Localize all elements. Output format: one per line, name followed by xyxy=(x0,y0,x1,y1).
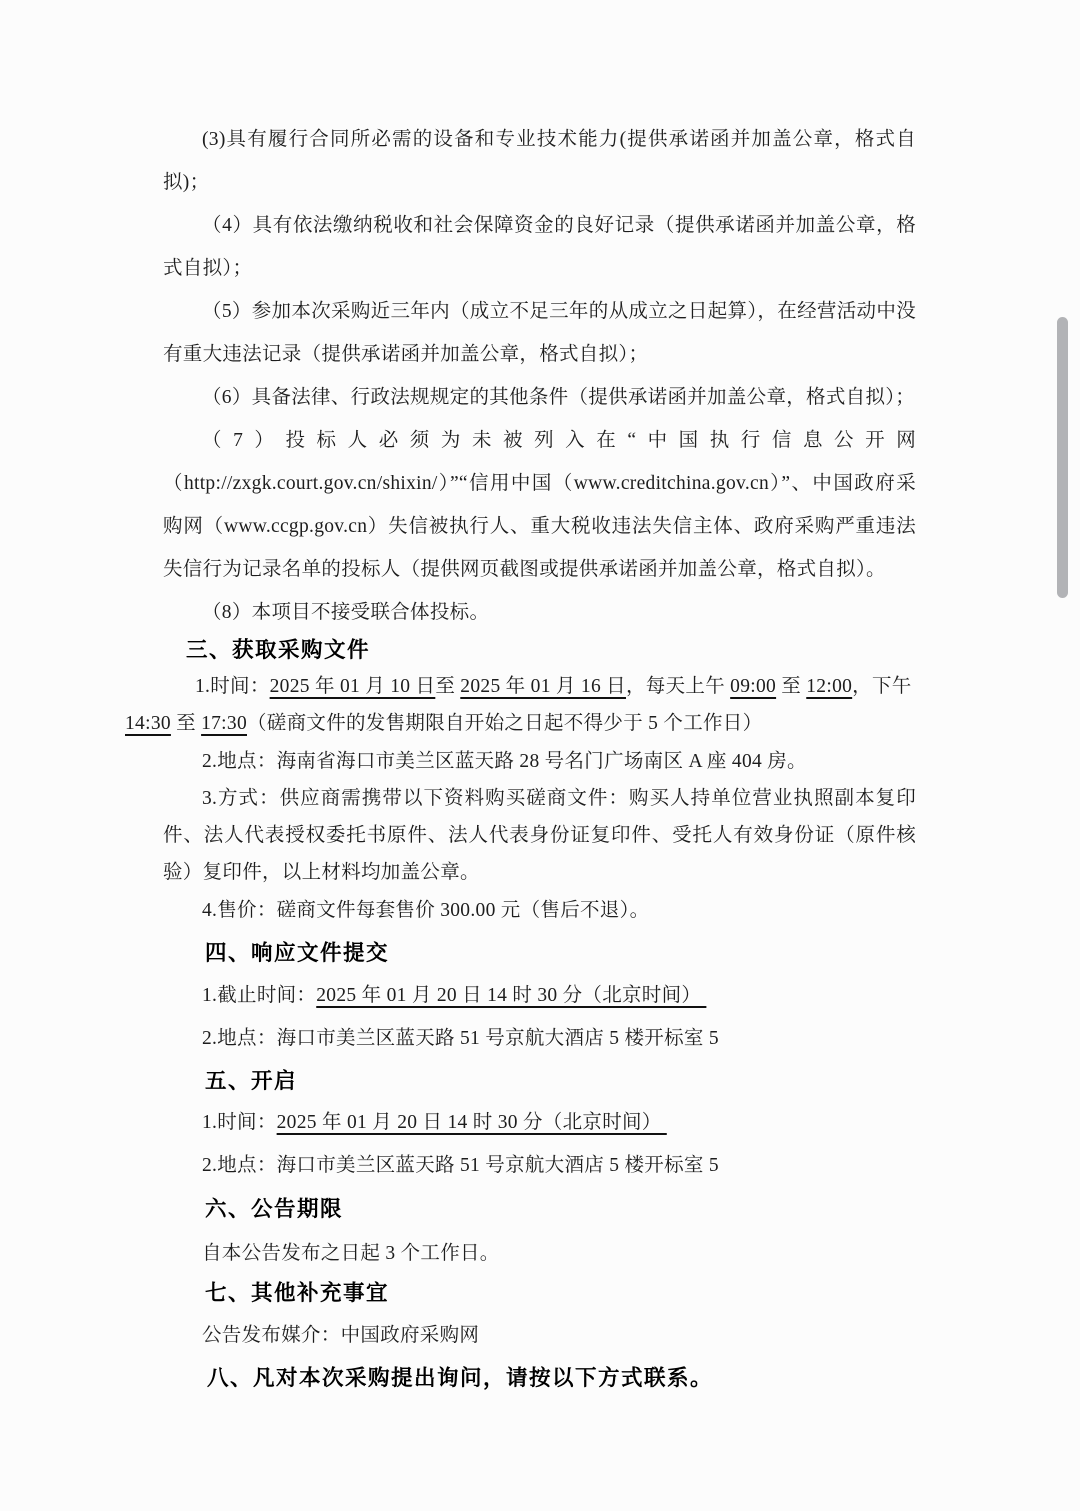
section-obtain-documents: 1.时间：2025 年 01 月 10 日至 2025 年 01 月 16 日，… xyxy=(163,668,916,929)
obtain-location: 2.地点：海南省海口市美兰区蓝天路 28 号名门广场南区 A 座 404 房。 xyxy=(163,743,916,780)
submission-location: 2.地点：海口市美兰区蓝天路 51 号京航大酒店 5 楼开标室 5 xyxy=(163,1020,916,1058)
section-other-matters: 公告发布媒介：中国政府采购网 xyxy=(163,1317,916,1355)
section-heading-announcement-period: 六、公告期限 xyxy=(205,1194,916,1224)
obtain-time-line-2: 14:30 至 17:30（磋商文件的发售期限自开始之日起不得少于 5 个工作日… xyxy=(125,705,916,742)
submission-deadline: 1.截止时间：2025 年 01 月 20 日 14 时 30 分（北京时间） xyxy=(163,977,916,1015)
vertical-scrollbar-thumb[interactable] xyxy=(1057,317,1068,598)
announcement-period-text: 自本公告发布之日起 3 个工作日。 xyxy=(163,1235,916,1273)
obtain-price: 4.售价：磋商文件每套售价 300.00 元（售后不退）。 xyxy=(163,892,916,929)
opening-location: 2.地点：海口市美兰区蓝天路 51 号京航大酒店 5 楼开标室 5 xyxy=(163,1147,916,1185)
section-heading-obtain-documents: 三、获取采购文件 xyxy=(186,635,916,665)
section-opening: 1.时间：2025 年 01 月 20 日 14 时 30 分（北京时间） 2.… xyxy=(163,1104,916,1185)
paragraph-qualification-4: （4）具有依法缴纳税收和社会保障资金的良好记录（提供承诺函并加盖公章，格式自拟）… xyxy=(163,204,916,290)
paragraph-qualification-5: （5）参加本次采购近三年内（成立不足三年的从成立之日起算），在经营活动中没有重大… xyxy=(163,290,916,376)
paragraph-qualification-8: （8）本项目不接受联合体投标。 xyxy=(163,591,916,634)
opening-time: 1.时间：2025 年 01 月 20 日 14 时 30 分（北京时间） xyxy=(163,1104,916,1142)
document-page: (3)具有履行合同所必需的设备和专业技术能力(提供承诺函并加盖公章，格式自拟)；… xyxy=(0,0,1080,1511)
section-response-submission: 1.截止时间：2025 年 01 月 20 日 14 时 30 分（北京时间） … xyxy=(163,977,916,1058)
announcement-body: (3)具有履行合同所必需的设备和专业技术能力(提供承诺函并加盖公章，格式自拟)；… xyxy=(163,118,916,1393)
paragraph-qualification-3: (3)具有履行合同所必需的设备和专业技术能力(提供承诺函并加盖公章，格式自拟)； xyxy=(163,118,916,204)
qualification-paragraphs: (3)具有履行合同所必需的设备和专业技术能力(提供承诺函并加盖公章，格式自拟)；… xyxy=(163,118,916,634)
section-heading-response-submission: 四、响应文件提交 xyxy=(205,938,916,968)
section-heading-contact: 八、凡对本次采购提出询问，请按以下方式联系。 xyxy=(207,1363,916,1393)
section-heading-opening: 五、开启 xyxy=(205,1066,916,1096)
obtain-method: 3.方式：供应商需携带以下资料购买磋商文件：购买人持单位营业执照副本复印件、法人… xyxy=(163,780,916,891)
section-heading-other-matters: 七、其他补充事宜 xyxy=(205,1278,916,1308)
section-announcement-period: 自本公告发布之日起 3 个工作日。 xyxy=(163,1235,916,1273)
paragraph-qualification-7: （7）投标人必须为未被列入在“中国执行信息公开网（http://zxgk.cou… xyxy=(163,419,916,591)
paragraph-qualification-6: （6）具备法律、行政法规规定的其他条件（提供承诺函并加盖公章，格式自拟）； xyxy=(163,376,916,419)
obtain-time-line-1: 1.时间：2025 年 01 月 10 日至 2025 年 01 月 16 日，… xyxy=(195,668,916,705)
publication-media-text: 公告发布媒介：中国政府采购网 xyxy=(163,1317,916,1355)
